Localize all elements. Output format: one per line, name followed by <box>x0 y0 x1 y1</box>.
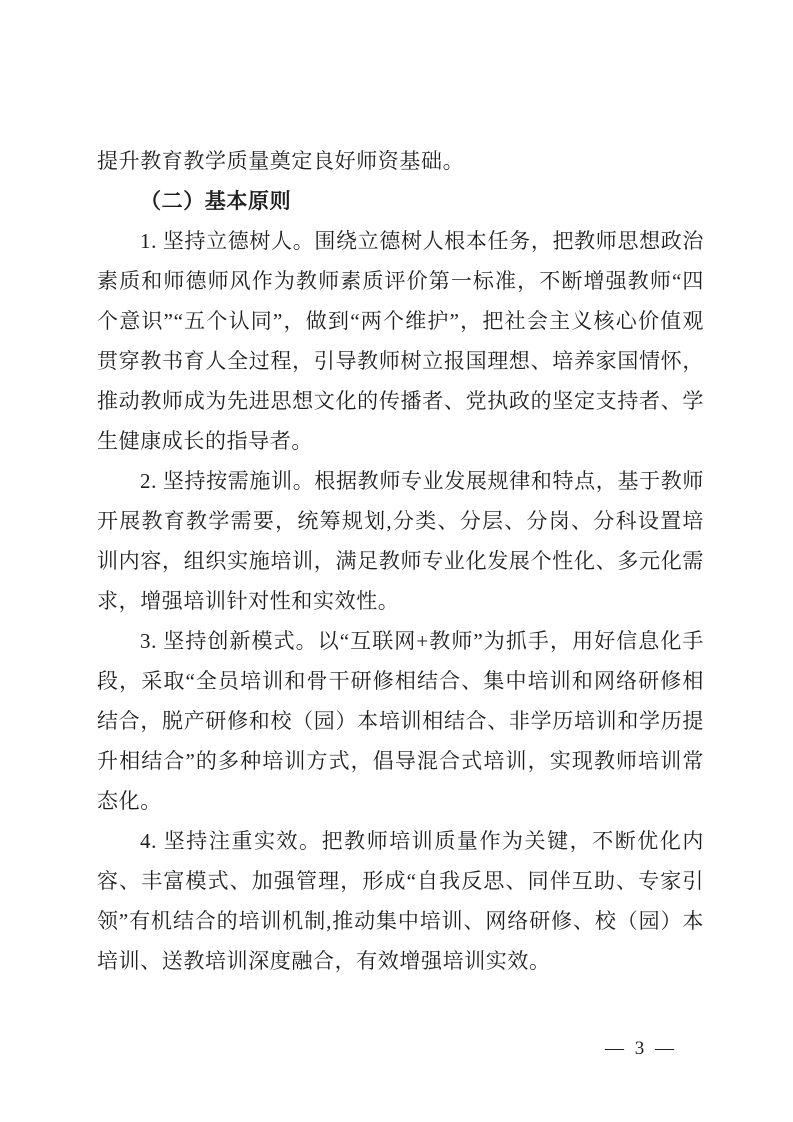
body-text-block: 提升教育教学质量奠定良好师资基础。 （二）基本原则 1. 坚持立德树人。围绕立德… <box>97 141 704 981</box>
page-number: — 3 — <box>605 1038 677 1060</box>
paragraph-4-zhuzhong-shixiao: 4. 坚持注重实效。把教师培训质量作为关键，不断优化内容、丰富模式、加强管理，形… <box>97 821 704 981</box>
section-heading-basic-principles: （二）基本原则 <box>97 181 704 221</box>
paragraph-1-lide-shuren: 1. 坚持立德树人。围绕立德树人根本任务，把教师思想政治素质和师德师风作为教师素… <box>97 221 704 461</box>
paragraph-3-chuangxin-moshi: 3. 坚持创新模式。以“互联网+教师”为抓手，用好信息化手段，采取“全员培训和骨… <box>97 621 704 821</box>
continuation-line: 提升教育教学质量奠定良好师资基础。 <box>97 141 704 181</box>
paragraph-2-anxu-shixun: 2. 坚持按需施训。根据教师专业发展规律和特点，基于教师开展教育教学需要，统筹规… <box>97 461 704 621</box>
document-page: 提升教育教学质量奠定良好师资基础。 （二）基本原则 1. 坚持立德树人。围绕立德… <box>0 0 793 1122</box>
